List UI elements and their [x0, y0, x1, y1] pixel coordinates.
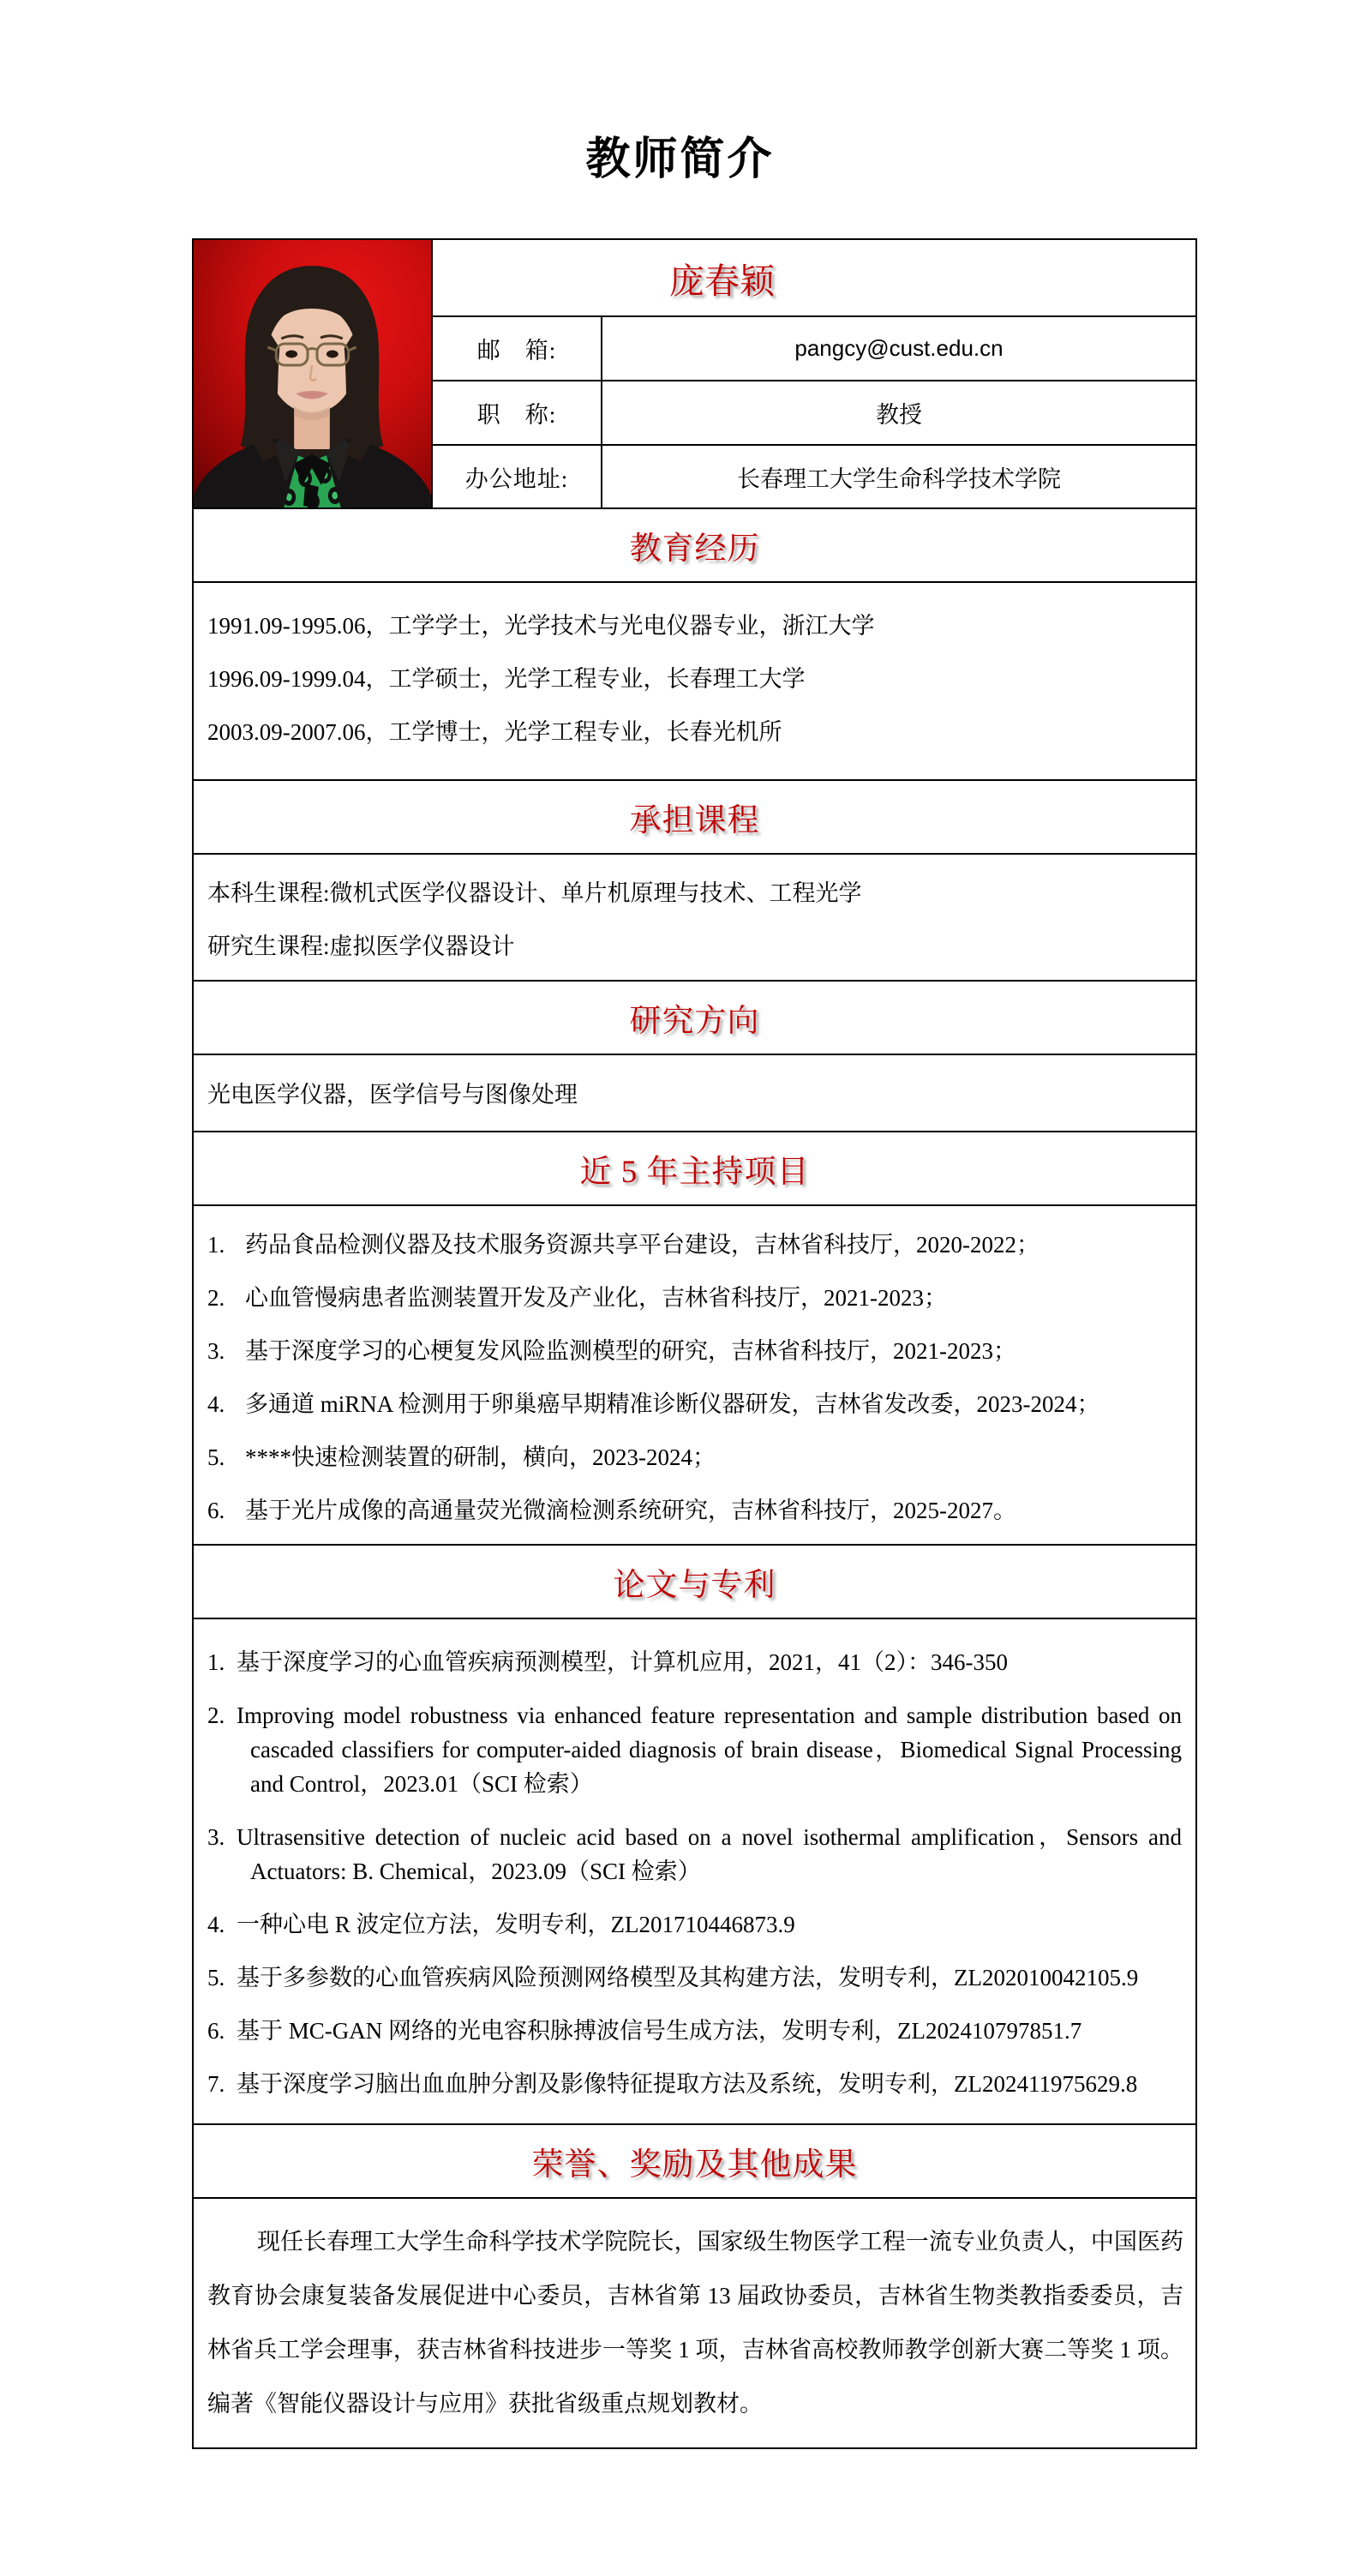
project-item: 5.****快速检测装置的研制，横向，2023-2024； [207, 1440, 1182, 1474]
paper-text: Improving model robustness via enhanced … [237, 1702, 1182, 1797]
project-item: 6.基于光片成像的高通量荧光微滴检测系统研究，吉林省科技厅，2025-2027。 [207, 1493, 1182, 1528]
project-text: ****快速检测装置的研制，横向，2023-2024； [245, 1444, 716, 1470]
project-text: 药品食品检测仪器及技术服务资源共享平台建设，吉林省科技厅，2020-2022； [245, 1232, 1039, 1258]
email-row: 邮 箱: pangcy@cust.edu.cn [433, 317, 1195, 381]
project-number: 4. [207, 1387, 245, 1421]
section-body-honors: 现任长春理工大学生命科学技术学院院长，国家级生物医学工程一流专业负责人，中国医药… [194, 2197, 1195, 2451]
email-label: 邮 箱: [433, 317, 602, 380]
project-text: 基于深度学习的心梗复发风险监测模型的研究，吉林省科技厅，2021-2023； [245, 1338, 1016, 1364]
office-row: 办公地址: 长春理工大学生命科学技术学院 [433, 446, 1195, 507]
education-line: 1996.09-1999.04，工学硕士，光学工程专业，长春理工大学 [207, 662, 1182, 696]
email-value: pangcy@cust.edu.cn [602, 317, 1195, 380]
project-item: 4.多通道 miRNA 检测用于卵巢癌早期精准诊断仪器研发，吉林省发改委，202… [207, 1387, 1182, 1421]
project-item: 2.心血管慢病患者监测装置开发及产业化，吉林省科技厅，2021-2023； [207, 1281, 1182, 1315]
section-body-courses: 本科生课程:微机式医学仪器设计、单片机原理与技术、工程光学 研究生课程:虚拟医学… [194, 853, 1195, 980]
project-number: 2. [207, 1281, 245, 1315]
portrait-illustration [194, 240, 431, 507]
name-row: 庞春颖 [433, 240, 1195, 317]
section-body-research: 光电医学仪器，医学信号与图像处理 [194, 1054, 1195, 1131]
paper-text: 一种心电 R 波定位方法，发明专利，ZL201710446873.9 [237, 1912, 795, 1937]
paper-item: 7.基于深度学习脑出血血肿分割及影像特征提取方法及系统，发明专利，ZL20241… [207, 2067, 1182, 2101]
project-item: 3.基于深度学习的心梗复发风险监测模型的研究，吉林省科技厅，2021-2023； [207, 1334, 1182, 1368]
paper-text: 基于 MC-GAN 网络的光电容积脉搏波信号生成方法，发明专利，ZL202410… [237, 2018, 1081, 2044]
paper-number: 3. [207, 1820, 237, 1854]
project-text: 心血管慢病患者监测装置开发及产业化，吉林省科技厅，2021-2023； [245, 1285, 947, 1311]
section-body-papers: 1.基于深度学习的心血管疾病预测模型，计算机应用，2021，41（2）：346-… [194, 1618, 1195, 2123]
paper-number: 1. [207, 1645, 237, 1679]
education-line: 2003.09-2007.06，工学博士，光学工程专业，长春光机所 [207, 715, 1182, 749]
paper-number: 7. [207, 2067, 237, 2101]
job-title-label: 职 称: [433, 381, 602, 444]
job-title-row: 职 称: 教授 [433, 381, 1195, 446]
paper-number: 5. [207, 1961, 237, 1995]
office-value: 长春理工大学生命科学技术学院 [602, 446, 1195, 507]
job-title-value: 教授 [602, 381, 1195, 444]
paper-item: 2.Improving model robustness via enhance… [207, 1698, 1182, 1801]
paper-item: 3.Ultrasensitive detection of nucleic ac… [207, 1820, 1182, 1888]
section-header-honors: 荣誉、奖励及其他成果 [194, 2123, 1195, 2197]
project-number: 6. [207, 1493, 245, 1528]
section-header-research: 研究方向 [194, 980, 1195, 1054]
section-header-courses: 承担课程 [194, 779, 1195, 853]
paper-text: Ultrasensitive detection of nucleic acid… [237, 1824, 1182, 1884]
project-number: 3. [207, 1334, 245, 1368]
faculty-profile-page: { "page": { "title": "教师简介" }, "profile"… [0, 0, 1360, 2576]
person-name: 庞春颖 [669, 253, 775, 303]
section-body-projects: 1.药品食品检测仪器及技术服务资源共享平台建设，吉林省科技厅，2020-2022… [194, 1204, 1195, 1544]
section-header-education: 教育经历 [194, 507, 1195, 581]
info-panel: 庞春颖 邮 箱: pangcy@cust.edu.cn 职 称: 教授 办公地址… [433, 240, 1195, 507]
paper-text: 基于多参数的心血管疾病风险预测网络模型及其构建方法，发明专利，ZL2020100… [237, 1965, 1138, 1991]
section-body-education: 1991.09-1995.06，工学学士，光学技术与光电仪器专业，浙江大学 19… [194, 581, 1195, 779]
project-text: 多通道 miRNA 检测用于卵巢癌早期精准诊断仪器研发，吉林省发改委，2023-… [245, 1391, 1100, 1417]
project-text: 基于光片成像的高通量荧光微滴检测系统研究，吉林省科技厅，2025-2027。 [245, 1498, 1016, 1523]
profile-table: 庞春颖 邮 箱: pangcy@cust.edu.cn 职 称: 教授 办公地址… [192, 238, 1197, 2449]
paper-item: 5.基于多参数的心血管疾病风险预测网络模型及其构建方法，发明专利，ZL20201… [207, 1961, 1182, 1995]
paper-item: 1.基于深度学习的心血管疾病预测模型，计算机应用，2021，41（2）：346-… [207, 1645, 1182, 1679]
research-line: 光电医学仪器，医学信号与图像处理 [207, 1078, 1182, 1112]
honors-paragraph: 现任长春理工大学生命科学技术学院院长，国家级生物医学工程一流专业负责人，中国医药… [207, 2215, 1183, 2431]
course-line: 本科生课程:微机式医学仪器设计、单片机原理与技术、工程光学 [207, 876, 1182, 910]
page-title: 教师简介 [0, 123, 1360, 187]
education-line: 1991.09-1995.06，工学学士，光学技术与光电仪器专业，浙江大学 [207, 609, 1182, 643]
paper-item: 6.基于 MC-GAN 网络的光电容积脉搏波信号生成方法，发明专利，ZL2024… [207, 2014, 1182, 2048]
paper-number: 6. [207, 2014, 237, 2048]
paper-number: 2. [207, 1698, 237, 1732]
paper-number: 4. [207, 1907, 237, 1942]
course-line: 研究生课程:虚拟医学仪器设计 [207, 929, 1182, 964]
project-number: 1. [207, 1228, 245, 1262]
paper-item: 4.一种心电 R 波定位方法，发明专利，ZL201710446873.9 [207, 1907, 1182, 1942]
info-row: 庞春颖 邮 箱: pangcy@cust.edu.cn 职 称: 教授 办公地址… [194, 240, 1195, 507]
paper-text: 基于深度学习脑出血血肿分割及影像特征提取方法及系统，发明专利，ZL2024119… [237, 2071, 1137, 2097]
project-number: 5. [207, 1440, 245, 1474]
section-header-projects: 近 5 年主持项目 [194, 1131, 1195, 1204]
section-header-papers: 论文与专利 [194, 1544, 1195, 1618]
project-item: 1.药品食品检测仪器及技术服务资源共享平台建设，吉林省科技厅，2020-2022… [207, 1228, 1182, 1262]
office-label: 办公地址: [433, 446, 602, 507]
profile-photo [194, 240, 433, 507]
paper-text: 基于深度学习的心血管疾病预测模型，计算机应用，2021，41（2）：346-35… [237, 1649, 1008, 1675]
